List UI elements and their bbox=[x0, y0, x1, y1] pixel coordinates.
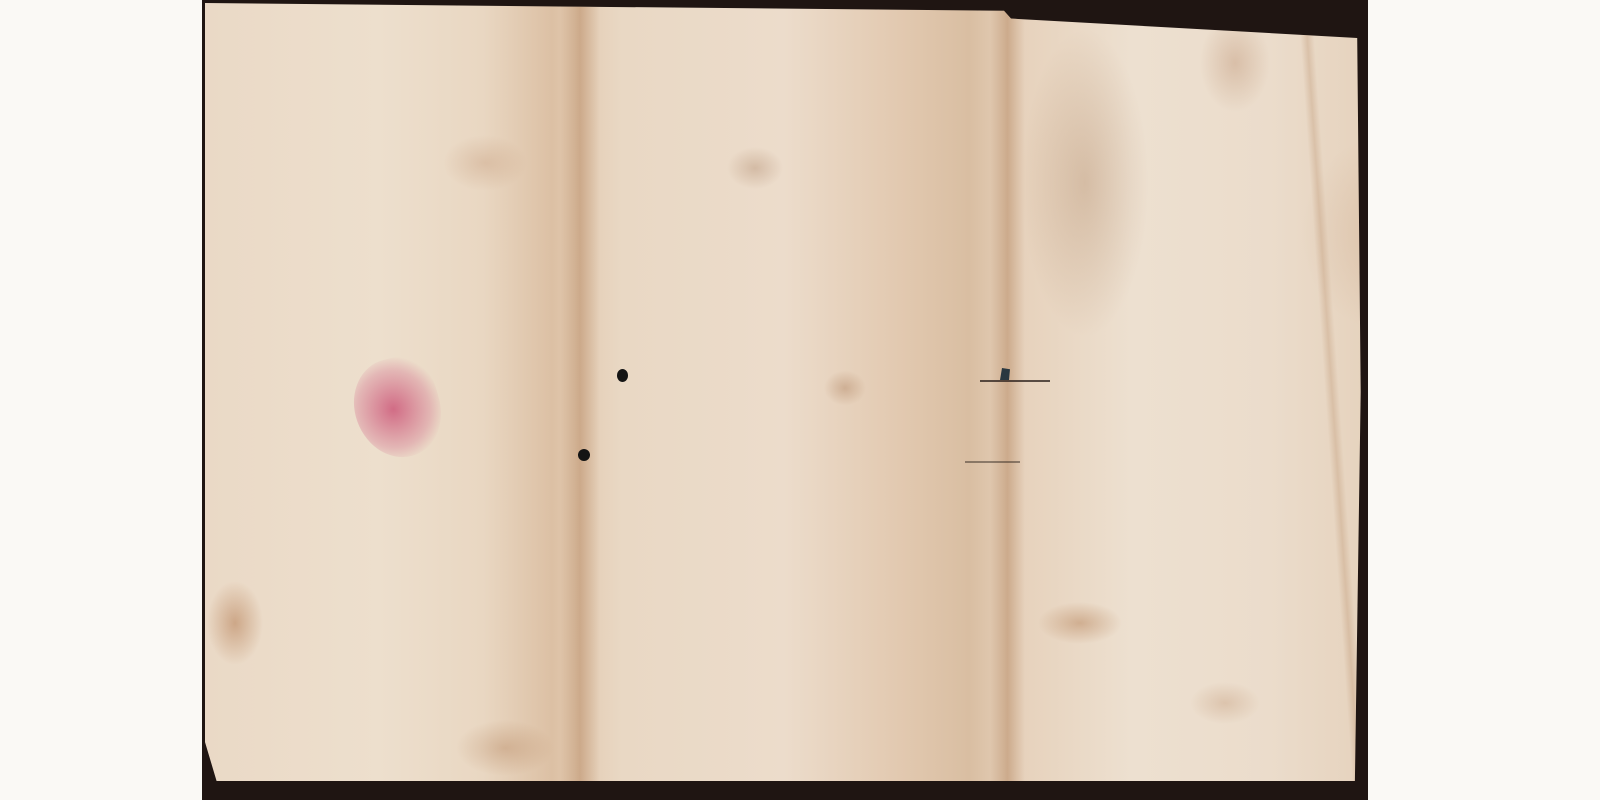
punch-hole-upper bbox=[617, 369, 628, 382]
tear-line-upper bbox=[980, 380, 1050, 382]
fold-line-left bbox=[560, 3, 600, 781]
fold-line-right bbox=[990, 3, 1025, 781]
punch-hole-lower bbox=[578, 449, 590, 461]
aged-paper-sheet bbox=[205, 3, 1363, 781]
tear-line-lower bbox=[965, 461, 1020, 463]
crease-right bbox=[1298, 3, 1366, 781]
pink-stain bbox=[344, 349, 452, 468]
